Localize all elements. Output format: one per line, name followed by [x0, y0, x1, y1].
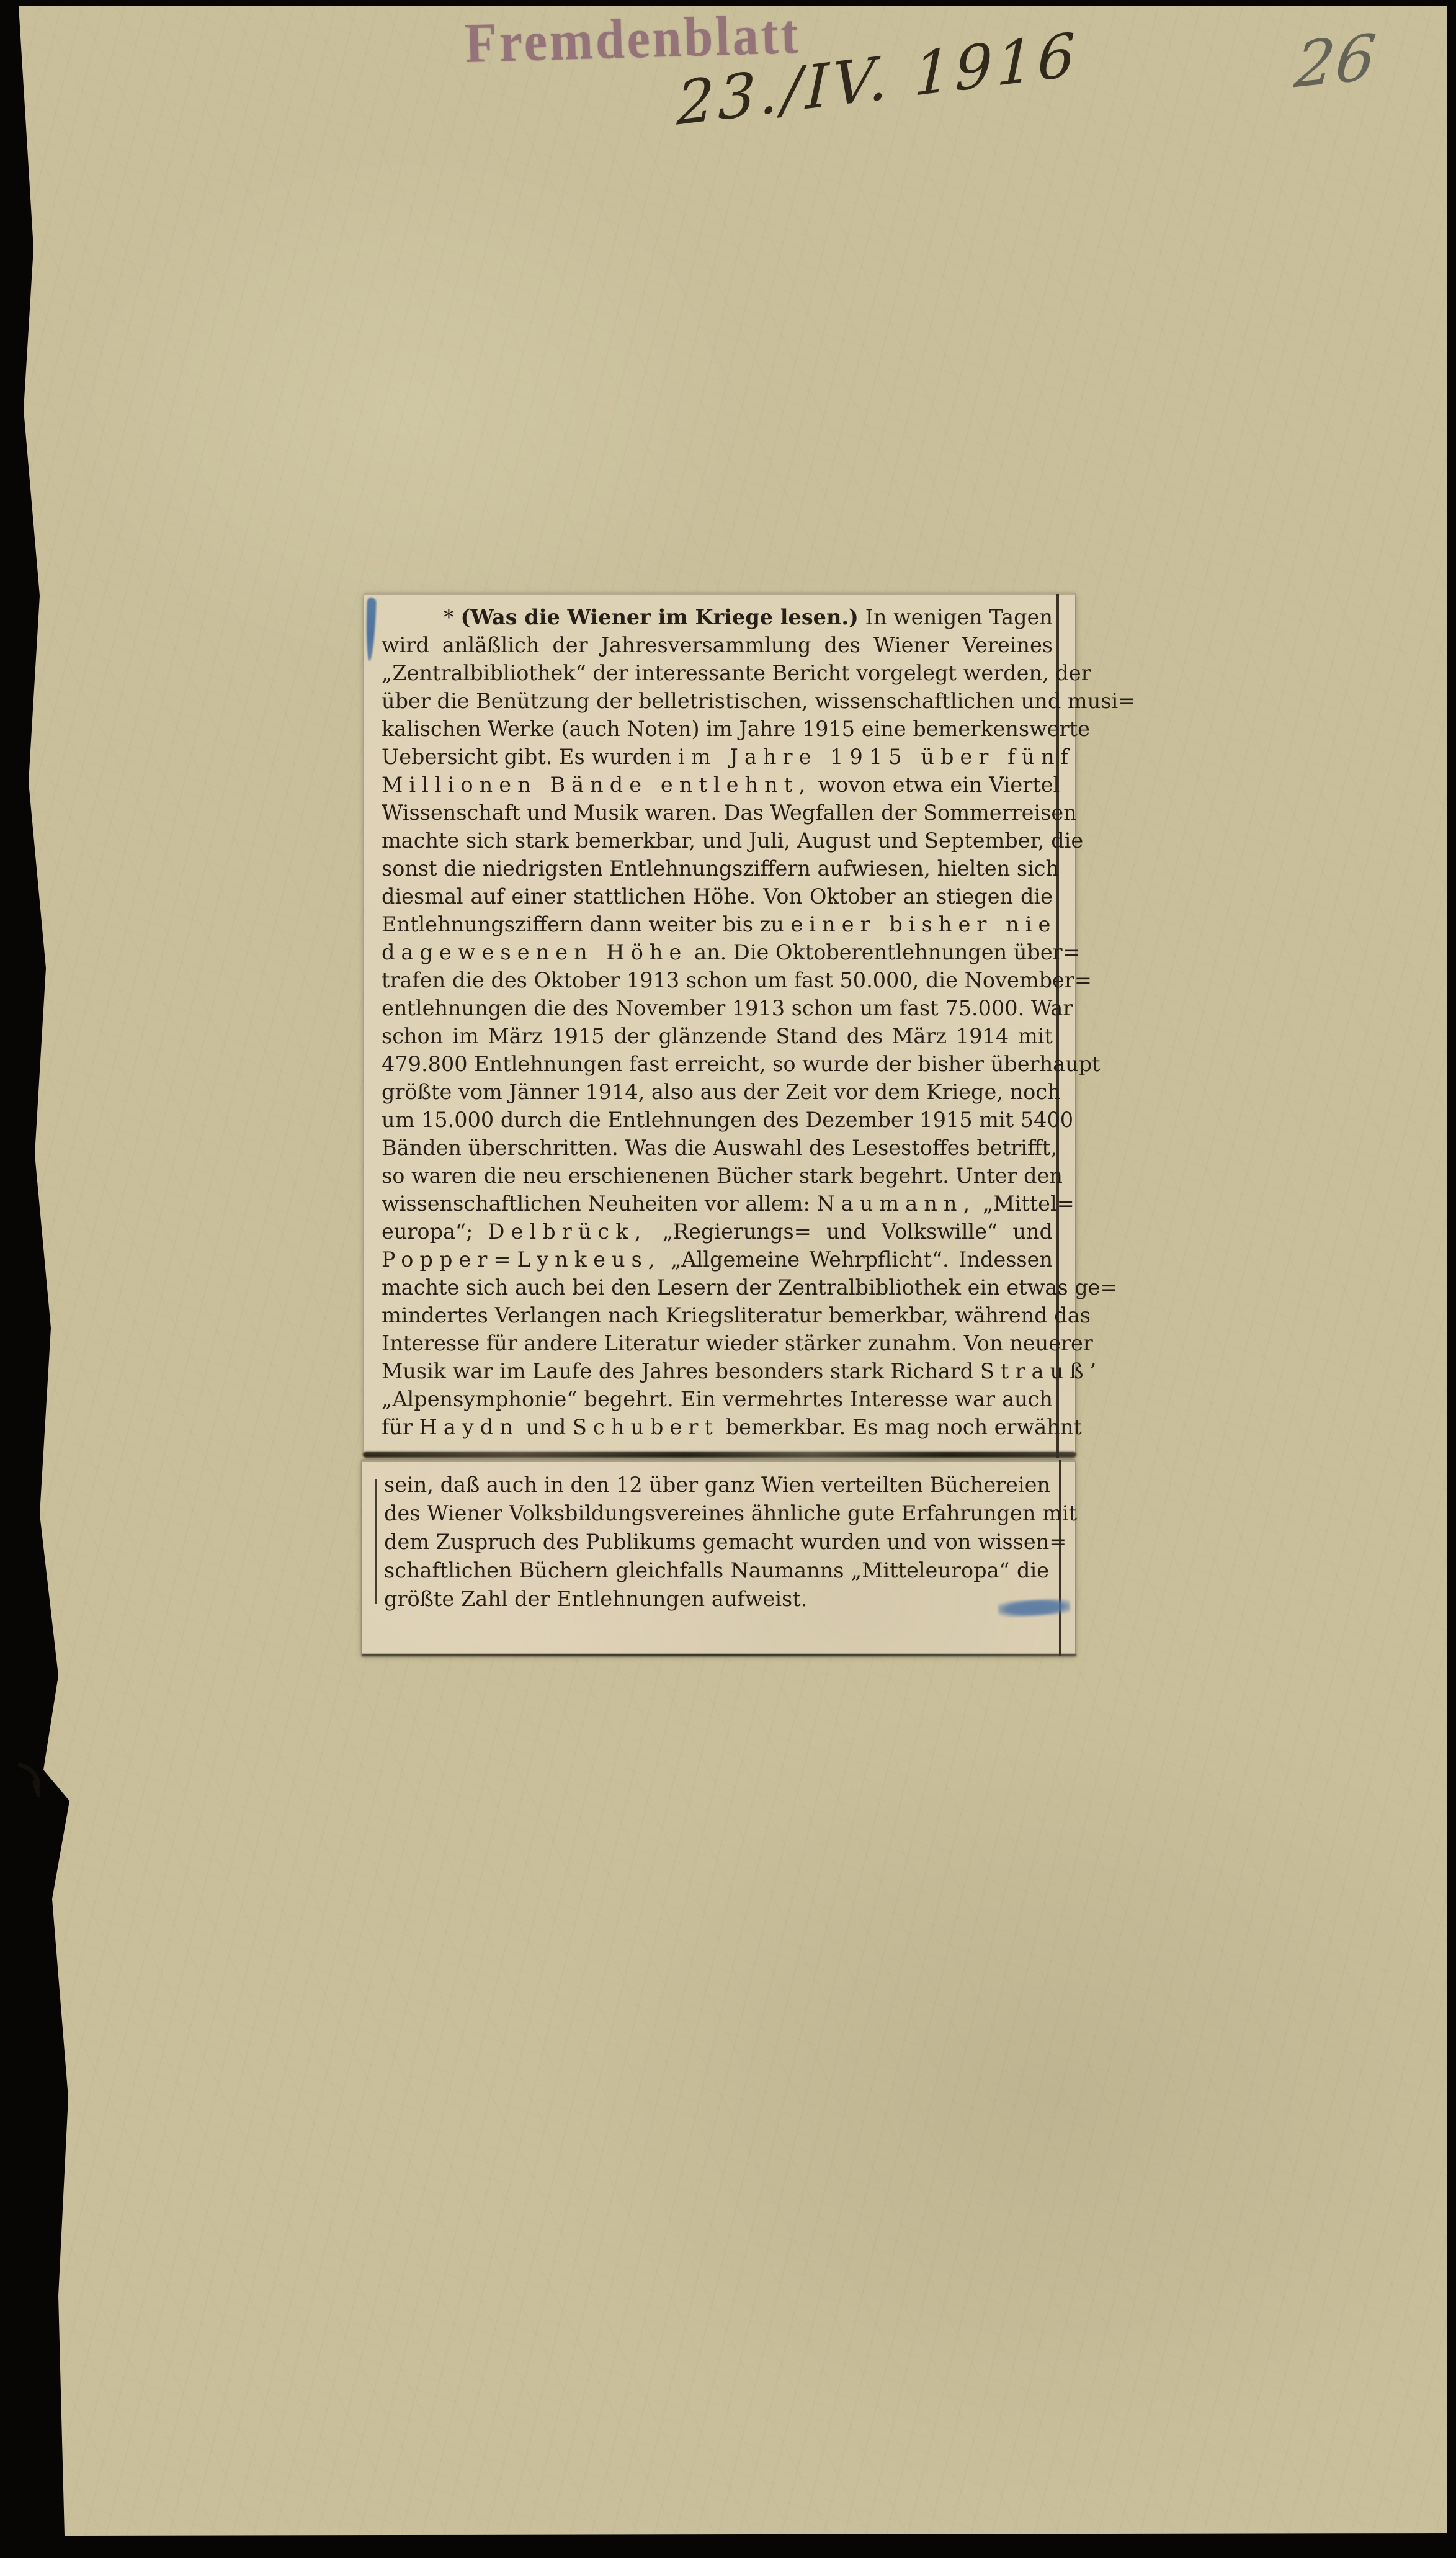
- blue-editor-mark-icon: [365, 598, 377, 661]
- text-line: schon im März 1915 der glänzende Stand d…: [382, 1022, 1053, 1050]
- column-rule: [1059, 1460, 1061, 1656]
- text-segment: Delbrück,: [488, 1219, 648, 1244]
- text-line: Popper=Lynkeus, „Allgemeine Wehrpflicht“…: [382, 1245, 1053, 1273]
- text-segment: Uebersicht gibt. Es wurden: [382, 745, 678, 769]
- text-segment: In wenigen Tagen: [859, 605, 1053, 629]
- text-line: Millionen Bände entlehnt, wovon etwa ein…: [382, 771, 1053, 799]
- text-line: Bänden überschritten. Was die Auswahl de…: [382, 1134, 1053, 1162]
- text-line: machte sich auch bei den Lesern der Zent…: [382, 1273, 1053, 1301]
- text-line: Uebersicht gibt. Es wurden im Jahre 1915…: [382, 743, 1053, 771]
- text-segment: wird anläßlich der Jahresversammlung des…: [382, 633, 1053, 657]
- text-segment: Strauß’: [980, 1359, 1102, 1383]
- text-segment: „Alpensymphonie“ begehrt. Ein vermehrtes…: [382, 1387, 1053, 1411]
- text-segment: sein, daß auch in den 12 über ganz Wien …: [384, 1473, 1050, 1497]
- ink-hook-mark-icon: [16, 1760, 60, 1810]
- newspaper-clipping-continuation: sein, daß auch in den 12 über ganz Wien …: [362, 1460, 1075, 1654]
- text-segment: um 15.000 durch die Entlehnungen des Dez…: [382, 1108, 1073, 1132]
- text-segment: so waren die neu erschienenen Bücher sta…: [382, 1164, 1063, 1188]
- text-segment: kalischen Werke (auch Noten) im Jahre 19…: [382, 717, 1090, 741]
- text-line: des Wiener Volksbildungsvereines ähnlich…: [384, 1499, 1049, 1528]
- text-segment: „Zentralbibliothek“ der interessante Ber…: [382, 661, 1091, 685]
- newspaper-clipping-main: * (Was die Wiener im Kriege lesen.) In w…: [364, 593, 1075, 1455]
- clipping-cut-edge: [362, 1654, 1076, 1656]
- text-line: kalischen Werke (auch Noten) im Jahre 19…: [382, 715, 1053, 743]
- text-segment: für: [382, 1415, 419, 1439]
- text-line: über die Benützung der belletristischen,…: [382, 687, 1053, 715]
- text-segment: Interesse für andere Literatur wieder st…: [382, 1331, 1093, 1355]
- clipping-cut-edge: [363, 1452, 1076, 1458]
- text-segment: machte sich auch bei den Lesern der Zent…: [382, 1275, 1118, 1299]
- text-segment: Entlehnungsziffern dann weiter bis zu: [382, 912, 790, 936]
- text-segment: einer bisher nie: [790, 912, 1056, 936]
- text-line: Wissenschaft und Musik waren. Das Wegfal…: [382, 799, 1053, 827]
- text-segment: dagewesenen Höhe: [382, 940, 687, 964]
- text-segment: diesmal auf einer stattlichen Höhe. Von …: [382, 884, 1053, 909]
- text-segment: „Allgemeine Wehrpflicht“. Indessen: [661, 1247, 1053, 1272]
- text-line: Interesse für andere Literatur wieder st…: [382, 1329, 1053, 1357]
- text-segment: bemerkbar. Es mag noch erwähnt: [719, 1415, 1082, 1439]
- text-segment: des Wiener Volksbildungsvereines ähnlich…: [384, 1501, 1077, 1525]
- text-segment: im Jahre 1915 über fünf: [678, 745, 1074, 769]
- text-segment: wovon etwa ein Viertel: [811, 773, 1060, 797]
- text-segment: Wissenschaft und Musik waren. Das Wegfal…: [382, 801, 1077, 825]
- text-line: sein, daß auch in den 12 über ganz Wien …: [384, 1471, 1049, 1499]
- text-line: * (Was die Wiener im Kriege lesen.) In w…: [382, 603, 1053, 631]
- scanned-document-page: Fremdenblatt 23./IV. 1916 26 * (Was die …: [0, 0, 1456, 2558]
- text-segment: entlehnungen die des November 1913 schon…: [382, 996, 1073, 1020]
- text-line: Entlehnungsziffern dann weiter bis zu ei…: [382, 910, 1053, 938]
- text-segment: und: [519, 1415, 573, 1439]
- text-segment: größte vom Jänner 1914, also aus der Zei…: [382, 1080, 1061, 1104]
- text-line: größte vom Jänner 1914, also aus der Zei…: [382, 1078, 1053, 1106]
- text-segment: „Mittel=: [976, 1191, 1074, 1216]
- text-line: dem Zuspruch des Publikums gemacht wurde…: [384, 1528, 1049, 1556]
- text-line: um 15.000 durch die Entlehnungen des Dez…: [382, 1106, 1053, 1134]
- text-line: so waren die neu erschienenen Bücher sta…: [382, 1162, 1053, 1190]
- text-segment: trafen die des Oktober 1913 schon um fas…: [382, 968, 1092, 992]
- text-segment: Popper=Lynkeus,: [382, 1247, 661, 1272]
- text-segment: Naumann,: [816, 1191, 976, 1216]
- left-column-rule: [375, 1479, 377, 1604]
- text-line: Musik war im Laufe des Jahres besonders …: [382, 1357, 1053, 1385]
- text-line: europa“; Delbrück, „Regierungs= und Volk…: [382, 1218, 1053, 1245]
- text-segment: machte sich stark bemerkbar, und Juli, A…: [382, 828, 1083, 853]
- text-segment: europa“;: [382, 1219, 488, 1244]
- text-segment: an. Die Oktoberentlehnungen über=: [687, 940, 1079, 964]
- text-segment: wissenschaftlichen Neuheiten vor allem:: [382, 1191, 816, 1216]
- text-line: schaftlichen Büchern gleichfalls Naumann…: [384, 1556, 1049, 1585]
- text-line: dagewesenen Höhe an. Die Oktoberentlehnu…: [382, 938, 1053, 966]
- text-line: größte Zahl der Entlehnungen aufweist.: [384, 1585, 1049, 1613]
- text-segment: Bänden überschritten. Was die Auswahl de…: [382, 1136, 1057, 1160]
- text-line: diesmal auf einer stattlichen Höhe. Von …: [382, 882, 1053, 910]
- text-line: entlehnungen die des November 1913 schon…: [382, 994, 1053, 1022]
- text-segment: schon im März 1915 der glänzende Stand d…: [382, 1024, 1053, 1048]
- text-segment: „Regierungs= und Volkswille“ und: [647, 1219, 1053, 1244]
- text-line: wird anläßlich der Jahresversammlung des…: [382, 631, 1053, 659]
- text-segment: Musik war im Laufe des Jahres besonders …: [382, 1359, 980, 1383]
- clipping-text-column: sein, daß auch in den 12 über ganz Wien …: [384, 1471, 1049, 1613]
- text-segment: schaftlichen Büchern gleichfalls Naumann…: [384, 1558, 1049, 1582]
- text-segment: größte Zahl der Entlehnungen aufweist.: [384, 1587, 807, 1611]
- text-segment: *: [444, 605, 460, 629]
- text-line: trafen die des Oktober 1913 schon um fas…: [382, 966, 1053, 994]
- text-line: „Alpensymphonie“ begehrt. Ein vermehrtes…: [382, 1385, 1053, 1413]
- text-line: mindertes Verlangen nach Kriegsliteratur…: [382, 1301, 1053, 1329]
- text-line: 479.800 Entlehnungen fast erreicht, so w…: [382, 1050, 1053, 1078]
- pencil-page-number: 26: [1292, 20, 1380, 102]
- text-line: machte sich stark bemerkbar, und Juli, A…: [382, 827, 1053, 855]
- text-segment: (Was die Wiener im Kriege lesen.): [460, 605, 858, 629]
- text-segment: Haydn: [419, 1415, 519, 1439]
- text-line: sonst die niedrigsten Entlehnungsziffern…: [382, 855, 1053, 882]
- text-segment: dem Zuspruch des Publikums gemacht wurde…: [384, 1530, 1066, 1554]
- text-line: wissenschaftlichen Neuheiten vor allem: …: [382, 1190, 1053, 1218]
- text-line: „Zentralbibliothek“ der interessante Ber…: [382, 659, 1053, 687]
- text-segment: Millionen Bände entlehnt,: [382, 773, 811, 797]
- text-segment: Schubert: [573, 1415, 719, 1439]
- text-line: für Haydn und Schubert bemerkbar. Es mag…: [382, 1413, 1053, 1441]
- text-segment: mindertes Verlangen nach Kriegsliteratur…: [382, 1303, 1091, 1327]
- text-segment: sonst die niedrigsten Entlehnungsziffern…: [382, 856, 1059, 881]
- clipping-text-column: * (Was die Wiener im Kriege lesen.) In w…: [382, 603, 1053, 1441]
- text-segment: 479.800 Entlehnungen fast erreicht, so w…: [382, 1052, 1101, 1076]
- text-segment: über die Benützung der belletristischen,…: [382, 689, 1135, 713]
